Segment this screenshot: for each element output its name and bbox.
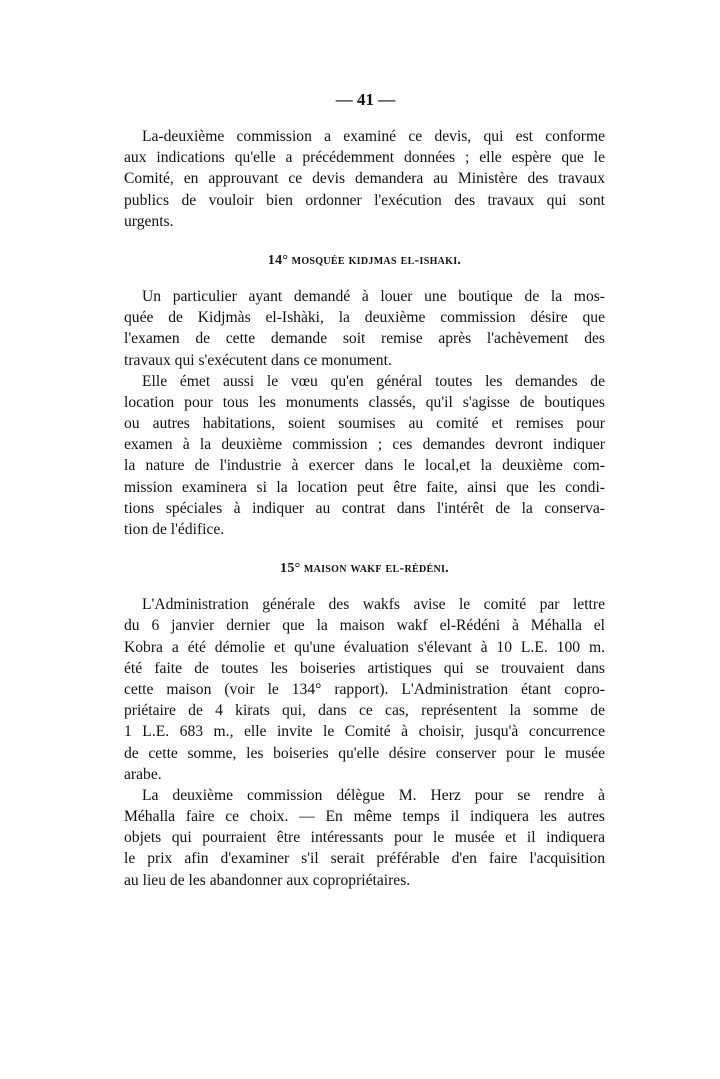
text-line: aux indications qu'elle a précédemment d… xyxy=(124,147,605,168)
paragraph-devis: La-deuxième commission a examiné ce devi… xyxy=(124,126,605,232)
paragraph-location-rules: Elle émet aussi le vœu qu'en général tou… xyxy=(124,371,605,541)
text-line: été faite de toutes les boiseries artist… xyxy=(124,658,605,679)
text-line: La-deuxième commission a examiné ce devi… xyxy=(124,126,605,147)
text-line: publics de vouloir bien ordonner l'exécu… xyxy=(124,190,605,211)
paragraph-herz-delegation: La deuxième commission délègue M. Herz p… xyxy=(124,785,605,891)
text-line: Comité, en approuvant ce devis demandera… xyxy=(124,168,605,189)
text-line: au lieu de les abandonner aux copropriét… xyxy=(124,870,605,891)
text-line: Méhalla faire ce choix. — En même temps … xyxy=(124,806,605,827)
text-line: de cette somme, les boiseries qu'elle dé… xyxy=(124,743,605,764)
text-line: mission examinera si la location peut êt… xyxy=(124,477,605,498)
text-line: la nature de l'industrie à exercer dans … xyxy=(124,455,605,476)
text-line: urgents. xyxy=(124,211,605,232)
text-line: L'Administration générale des wakfs avis… xyxy=(124,594,605,615)
text-line: du 6 janvier dernier que la maison wakf … xyxy=(124,615,605,636)
text-line: cette maison (voir le 134° rapport). L'A… xyxy=(124,679,605,700)
text-line: tions spéciales à indiquer au contrat da… xyxy=(124,498,605,519)
page-number: — 41 — xyxy=(126,88,605,112)
text-line: tion de l'édifice. xyxy=(124,519,605,540)
section-number: 14° xyxy=(268,253,289,268)
text-line: quée de Kidjmàs el-Ishàki, la deuxième c… xyxy=(124,307,605,328)
text-line: priétaire de 4 kirats qui, dans ce cas, … xyxy=(124,700,605,721)
section-heading-14: 14° MOSQUÉE KIDJMAS EL-ISHAKI. xyxy=(124,250,605,270)
section-title: MAISON WAKF EL-RÉDÉNI. xyxy=(304,561,449,576)
text-line: le prix afin d'examiner s'il serait préf… xyxy=(124,848,605,869)
section-heading-15: 15° MAISON WAKF EL-RÉDÉNI. xyxy=(124,558,605,578)
text-line: Elle émet aussi le vœu qu'en général tou… xyxy=(124,371,605,392)
paragraph-boutique-request: Un particulier ayant demandé à louer une… xyxy=(124,286,605,371)
text-line: examen à la deuxième commission ; ces de… xyxy=(124,434,605,455)
section-number: 15° xyxy=(280,561,301,576)
text-line: Un particulier ayant demandé à louer une… xyxy=(124,286,605,307)
text-line: La deuxième commission délègue M. Herz p… xyxy=(124,785,605,806)
text-line: arabe. xyxy=(124,764,605,785)
text-line: l'examen de cette demande soit remise ap… xyxy=(124,328,605,349)
text-line: travaux qui s'exécutent dans ce monument… xyxy=(124,350,605,371)
text-line: objets qui pourraient être intéressants … xyxy=(124,827,605,848)
section-title: MOSQUÉE KIDJMAS EL-ISHAKI. xyxy=(292,253,462,268)
text-line: ou autres habitations, soient soumises a… xyxy=(124,413,605,434)
document-page: — 41 — La-deuxième commission a examiné … xyxy=(124,88,605,891)
text-line: Kobra a été démolie et qu'une évaluation… xyxy=(124,637,605,658)
text-line: 1 L.E. 683 m., elle invite le Comité à c… xyxy=(124,721,605,742)
text-line: location pour tous les monuments classés… xyxy=(124,392,605,413)
paragraph-wakf-letter: L'Administration générale des wakfs avis… xyxy=(124,594,605,785)
